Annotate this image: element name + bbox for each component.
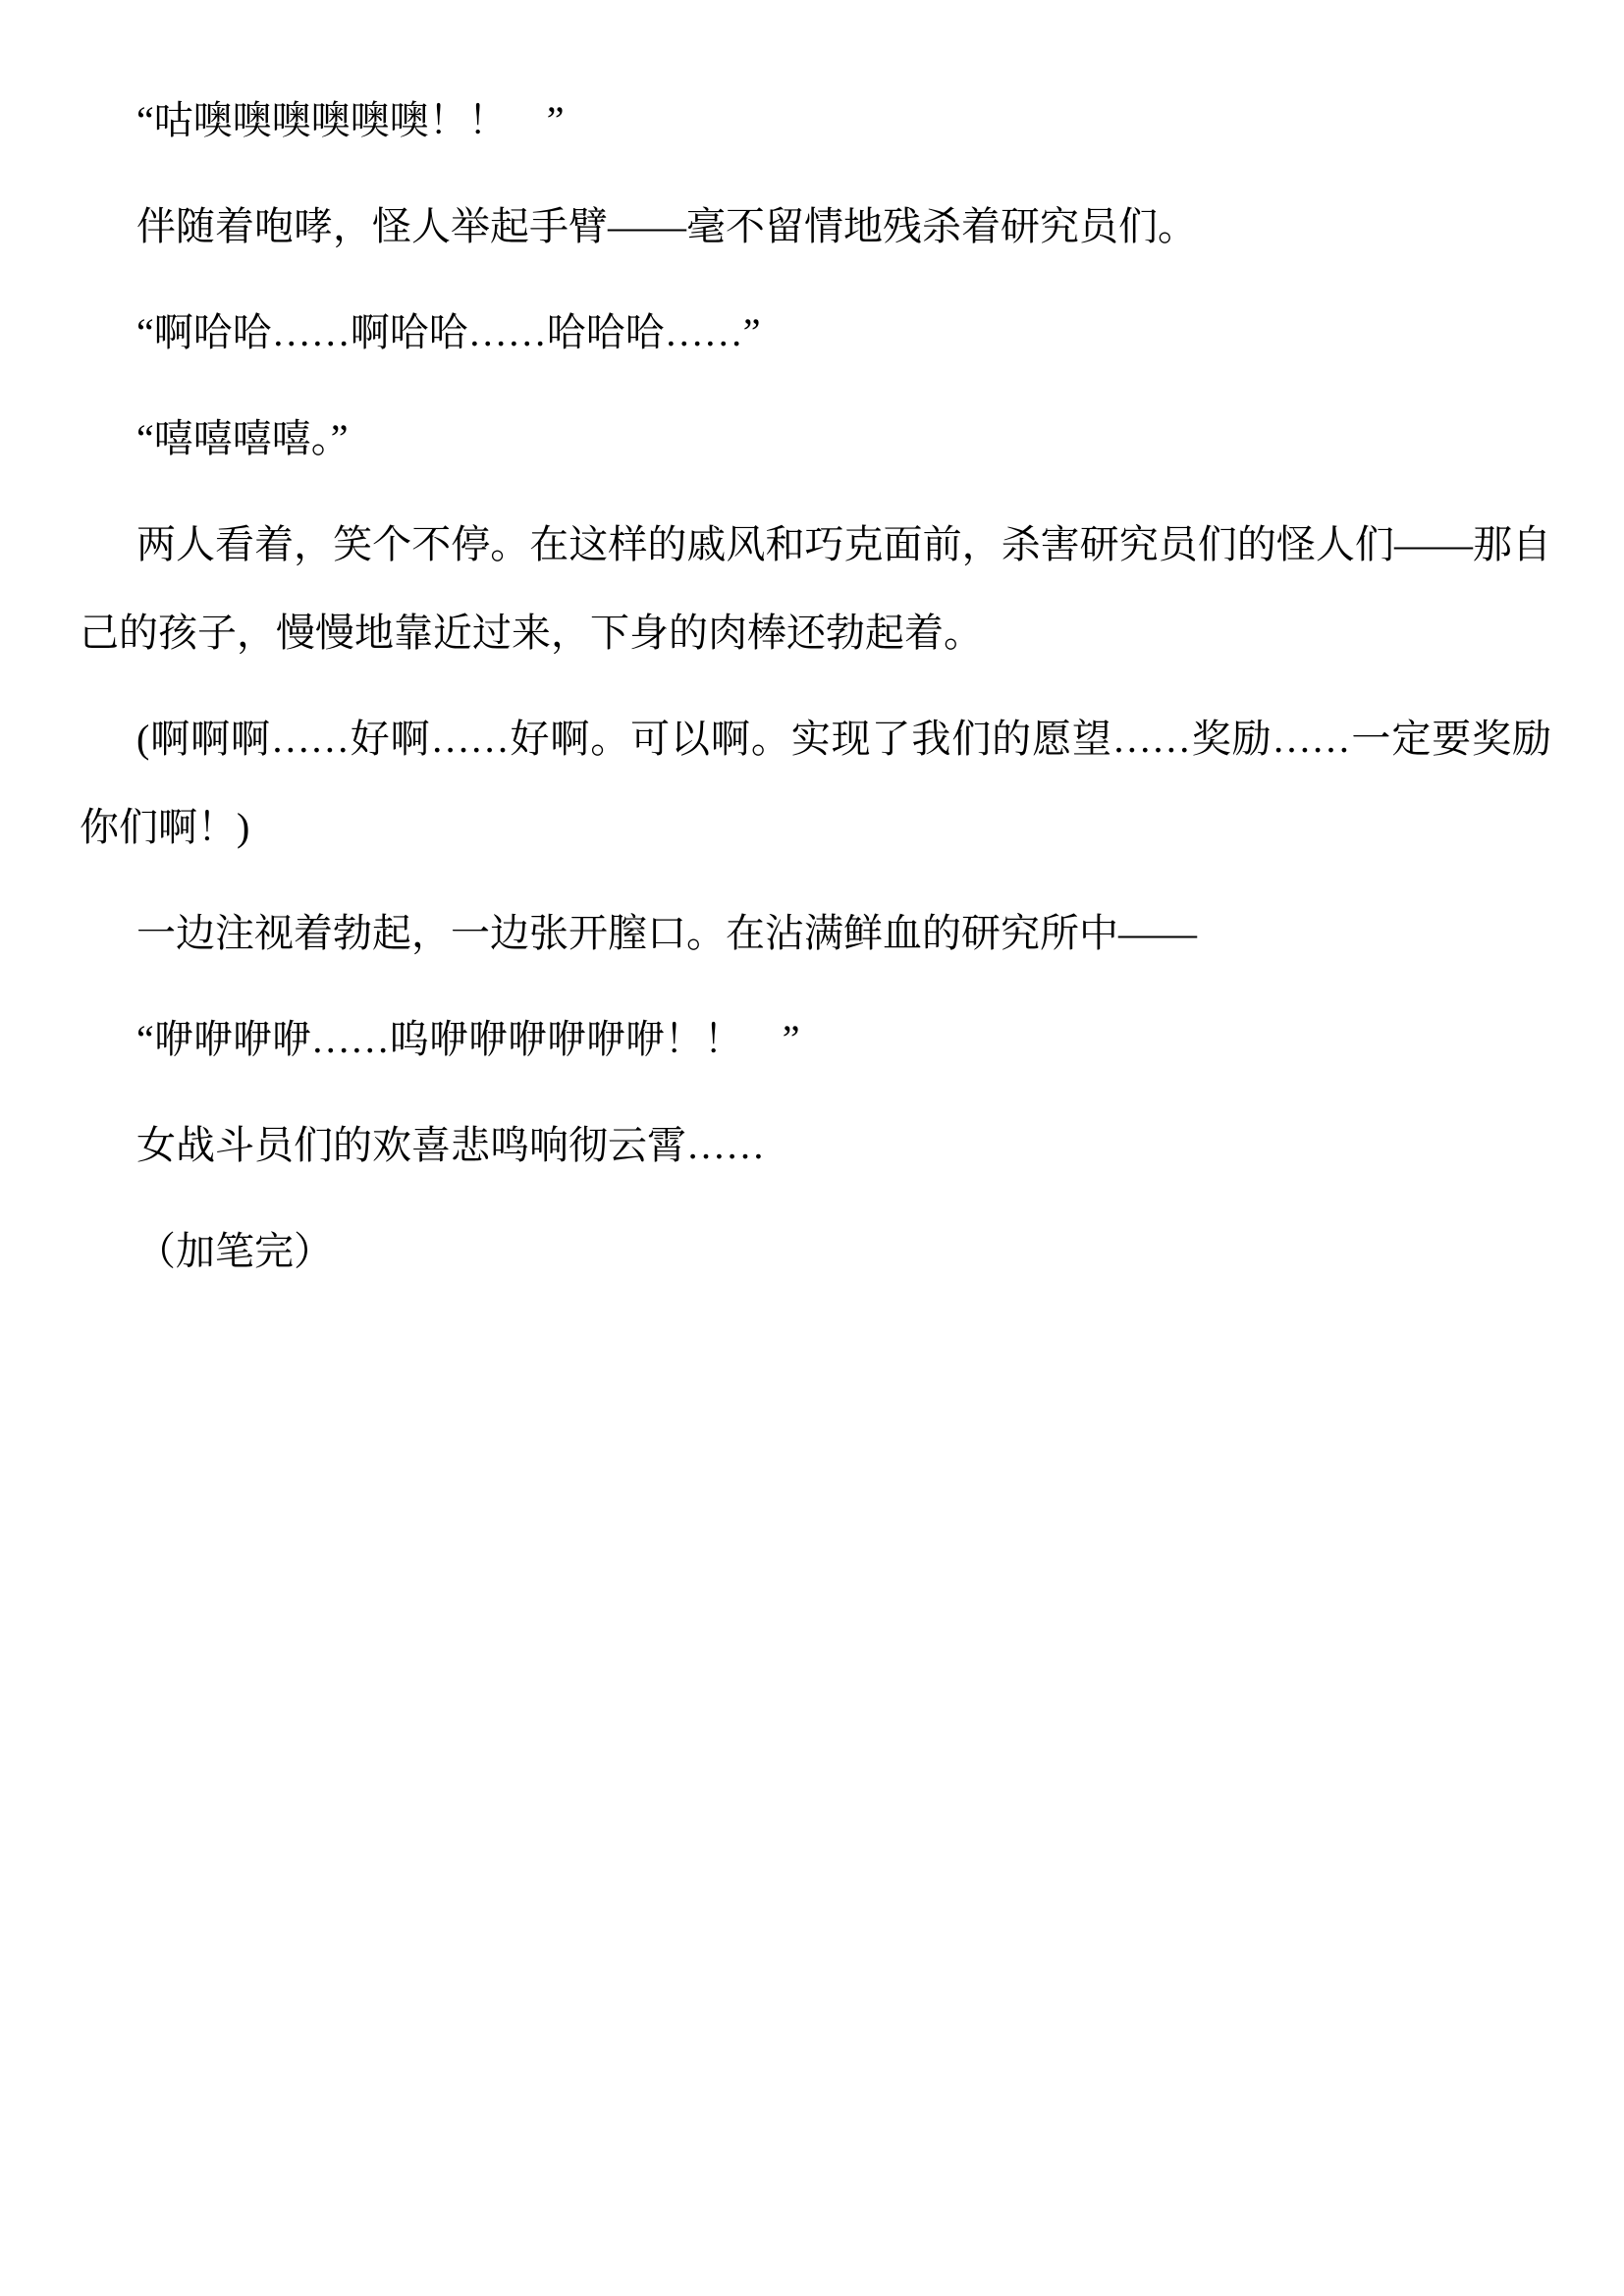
dialogue-paragraph: “咕噢噢噢噢噢噢！！ ”	[80, 77, 1551, 165]
narration-paragraph: 两人看着，笑个不停。在这样的戚风和巧克面前，杀害研究员们的怪人们——那自己的孩子…	[80, 501, 1551, 677]
afterword-note: （加笔完）	[80, 1207, 1551, 1296]
document-page: “咕噢噢噢噢噢噢！！ ” 伴随着咆哮，怪人举起手臂——毫不留情地残杀着研究员们。…	[0, 0, 1624, 2296]
dialogue-paragraph: “嘻嘻嘻嘻。”	[80, 395, 1551, 483]
narration-paragraph: 女战斗员们的欢喜悲鸣响彻云霄……	[80, 1101, 1551, 1190]
narration-paragraph: 一边注视着勃起，一边张开膣口。在沾满鲜血的研究所中——	[80, 889, 1551, 978]
thought-paragraph: (啊啊啊……好啊……好啊。可以啊。实现了我们的愿望……奖励……一定要奖励你们啊！…	[80, 695, 1551, 872]
document-body: “咕噢噢噢噢噢噢！！ ” 伴随着咆哮，怪人举起手臂——毫不留情地残杀着研究员们。…	[80, 77, 1551, 1296]
narration-paragraph: 伴随着咆哮，怪人举起手臂——毫不留情地残杀着研究员们。	[80, 183, 1551, 271]
dialogue-paragraph: “啊哈哈……啊哈哈……哈哈哈……”	[80, 289, 1551, 377]
dialogue-paragraph: “咿咿咿咿……呜咿咿咿咿咿咿！！ ”	[80, 995, 1551, 1084]
